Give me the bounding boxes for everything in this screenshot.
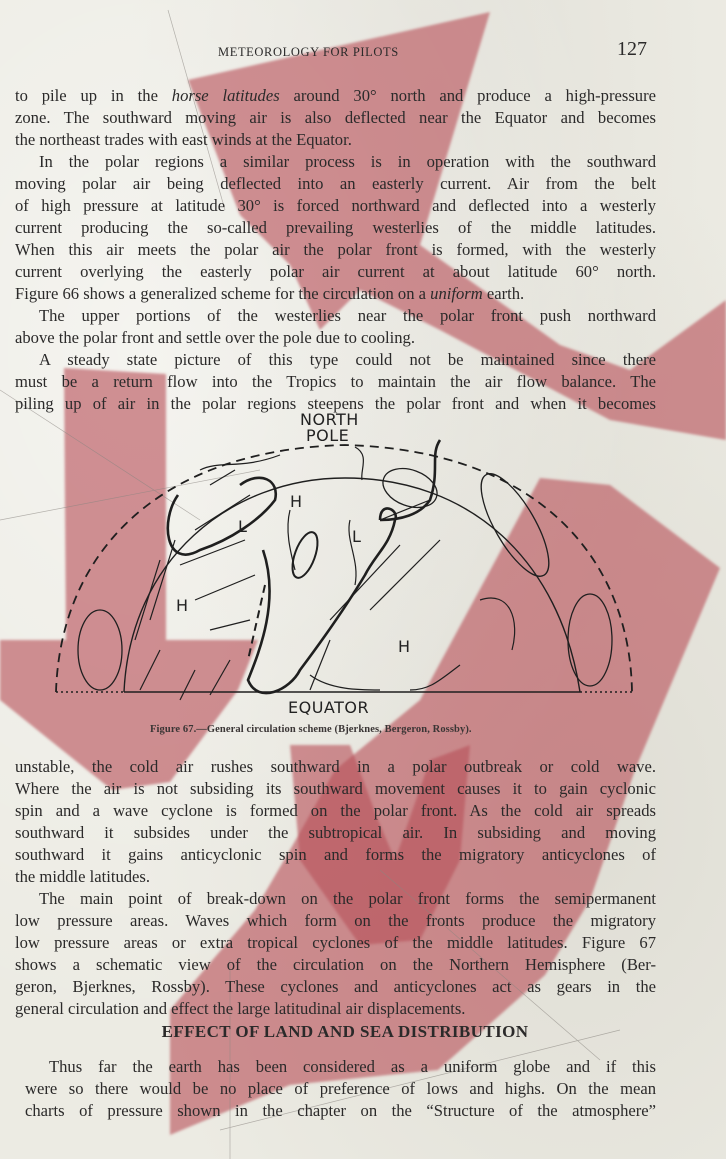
text-line: southward it subsides under the subtropi… bbox=[15, 822, 656, 844]
text-line: geron, Bjerknes, Rossby). These cyclones… bbox=[15, 976, 656, 998]
text-line: Where the air is not subsiding its south… bbox=[15, 778, 656, 800]
text-line: spin and a wave cyclone is formed on the… bbox=[15, 800, 656, 822]
polar-front-arc bbox=[124, 478, 580, 692]
text-line: were so there would be no place of prefe… bbox=[25, 1078, 656, 1100]
text-line: charts of pressure shown in the chapter … bbox=[25, 1100, 656, 1122]
high-pressure-label: H bbox=[398, 637, 411, 656]
text-line: general circulation and effect the large… bbox=[15, 998, 656, 1020]
text-line: the middle latitudes. bbox=[15, 866, 656, 888]
outer-dashed-boundary bbox=[56, 445, 632, 692]
figure-caption: Figure 67.—General circulation scheme (B… bbox=[150, 724, 570, 735]
text-line: Thus far the earth has been considered a… bbox=[25, 1056, 656, 1078]
high-pressure-label: H bbox=[176, 596, 189, 615]
text-line: shows a schematic view of the circulatio… bbox=[15, 954, 656, 976]
low-pressure-label: L bbox=[238, 517, 247, 536]
pole-label: POLE bbox=[306, 426, 349, 445]
text-line: The main point of break-down on the pola… bbox=[15, 888, 656, 910]
paragraph-block-3: Thus far the earth has been considered a… bbox=[25, 1056, 656, 1122]
text-line: low pressure areas or extra tropical cyc… bbox=[15, 932, 656, 954]
high-pressure-label: H bbox=[290, 492, 303, 511]
paragraph-block-2: unstable, the cold air rushes southward … bbox=[15, 756, 656, 1020]
section-heading: EFFECT OF LAND AND SEA DISTRIBUTION bbox=[0, 1022, 690, 1042]
text-line: southward it gains anticyclonic spin and… bbox=[15, 844, 656, 866]
text-line: unstable, the cold air rushes southward … bbox=[15, 756, 656, 778]
equator-label: EQUATOR bbox=[288, 698, 369, 717]
low-pressure-label: L bbox=[352, 527, 361, 546]
text-line: low pressure areas. Waves which form on … bbox=[15, 910, 656, 932]
